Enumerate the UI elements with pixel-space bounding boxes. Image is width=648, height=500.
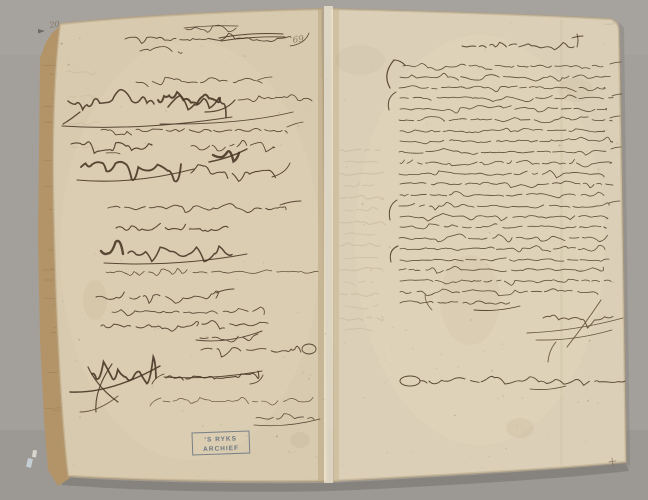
speckle: [389, 247, 390, 248]
speckle: [570, 222, 571, 223]
manuscript-scan: 20 69 'S RYKS ARCHIEF: [0, 0, 648, 500]
speckle: [209, 86, 210, 87]
speckle: [392, 327, 393, 328]
speckle: [407, 94, 408, 95]
speckle: [196, 218, 197, 219]
speckle: [406, 290, 407, 291]
speckle: [224, 21, 226, 23]
speckle: [398, 403, 399, 404]
speckle: [612, 281, 614, 283]
speckle: [324, 399, 325, 400]
speckle: [387, 452, 389, 454]
speckle: [151, 386, 153, 388]
speckle: [297, 125, 299, 127]
speckle: [479, 298, 481, 300]
speckle: [181, 410, 183, 412]
speckle: [79, 38, 80, 39]
speckle: [503, 348, 504, 349]
speckle: [603, 44, 605, 46]
stain: [506, 418, 534, 438]
speckle: [559, 145, 561, 147]
speckle: [202, 425, 204, 427]
speckle: [427, 166, 428, 167]
speckle: [489, 200, 490, 201]
speckle: [540, 327, 542, 329]
speckle: [61, 43, 63, 45]
speckle: [608, 53, 609, 54]
speckle: [488, 185, 489, 186]
speckle: [136, 86, 137, 87]
speckle: [231, 124, 232, 125]
speckle: [579, 89, 581, 91]
speckle: [371, 350, 372, 351]
speckle: [440, 353, 442, 355]
speckle: [103, 268, 104, 269]
speckle: [191, 356, 192, 357]
speckle: [309, 374, 311, 376]
speckle: [483, 350, 485, 352]
speckle: [353, 374, 354, 375]
book-spread: 20 69 'S RYKS ARCHIEF: [26, 6, 626, 486]
speckle: [384, 360, 385, 361]
speckle: [516, 425, 518, 427]
speckle: [587, 400, 589, 402]
speckle: [451, 333, 452, 334]
speckle: [616, 249, 618, 251]
folio-number-top-left: 20: [48, 19, 61, 30]
speckle: [344, 99, 345, 100]
speckle: [150, 402, 151, 403]
stain: [83, 280, 107, 320]
speckle: [302, 372, 304, 374]
speckle: [146, 335, 147, 336]
speckle: [303, 299, 304, 300]
speckle: [435, 211, 437, 213]
stain: [440, 255, 500, 345]
speckle: [141, 62, 142, 63]
speckle: [370, 269, 372, 271]
speckle: [607, 129, 609, 131]
speckle: [616, 143, 618, 145]
speckle: [154, 329, 155, 330]
speckle: [256, 212, 257, 213]
speckle: [120, 106, 122, 108]
speckle: [308, 378, 310, 380]
speckle: [607, 145, 608, 146]
speckle: [262, 150, 263, 151]
speckle: [577, 401, 579, 403]
speckle: [280, 144, 281, 145]
speckle: [384, 382, 386, 384]
speckle: [505, 205, 507, 207]
speckle: [263, 262, 264, 263]
speckle: [329, 294, 330, 295]
speckle: [402, 129, 403, 130]
speckle: [477, 186, 479, 188]
speckle: [490, 142, 491, 143]
speckle: [114, 238, 115, 239]
speckle: [354, 435, 355, 436]
stamp-line-1: 'S RYKS: [204, 435, 237, 443]
speckle: [501, 343, 503, 345]
speckle: [227, 216, 228, 217]
folio-number-left-page: 69: [292, 34, 305, 46]
speckle: [316, 456, 318, 458]
speckle: [419, 164, 420, 165]
speckle: [589, 340, 591, 342]
speckle: [588, 91, 589, 92]
speckle: [570, 164, 571, 165]
speckle: [246, 77, 247, 78]
speckle: [137, 74, 138, 75]
speckle: [107, 234, 108, 235]
speckle: [453, 93, 454, 94]
speckle: [182, 368, 183, 369]
speckle: [146, 358, 147, 359]
speckle: [530, 244, 531, 245]
speckle: [87, 88, 89, 90]
speckle: [449, 256, 450, 257]
speckle: [597, 402, 599, 404]
speckle: [341, 464, 343, 466]
speckle: [68, 64, 70, 66]
speckle: [371, 66, 372, 67]
speckle: [449, 322, 450, 323]
speckle: [454, 415, 456, 417]
speckle: [486, 264, 488, 266]
speckle: [336, 354, 337, 355]
speckle: [497, 398, 499, 400]
speckle: [278, 112, 280, 114]
speckle: [489, 232, 491, 234]
speckle: [220, 424, 222, 426]
speckle: [473, 312, 474, 313]
speckle: [484, 48, 486, 50]
speckle: [569, 140, 571, 142]
speckle: [613, 336, 614, 337]
speckle: [318, 286, 319, 287]
speckle: [469, 39, 470, 40]
speckle: [346, 166, 348, 168]
speckle: [294, 451, 296, 453]
speckle: [142, 368, 143, 369]
speckle: [436, 368, 438, 370]
stain: [335, 45, 385, 75]
speckle: [447, 160, 449, 162]
speckle: [120, 260, 122, 262]
speckle: [510, 23, 511, 24]
speckle: [137, 278, 138, 279]
speckle: [315, 85, 316, 86]
speckle: [586, 441, 587, 442]
speckle: [68, 376, 69, 377]
speckle: [137, 231, 139, 233]
speckle: [384, 352, 386, 354]
speckle: [165, 110, 166, 111]
speckle: [450, 313, 451, 314]
speckle: [485, 221, 486, 222]
stamp-line-2: ARCHIEF: [203, 445, 239, 453]
speckle: [255, 469, 256, 470]
gutter-shadow-left: [318, 8, 324, 482]
speckle: [344, 343, 346, 345]
speckle: [538, 192, 539, 193]
speckle: [79, 416, 81, 418]
speckle: [505, 448, 507, 450]
speckle: [481, 467, 483, 469]
speckle: [330, 343, 332, 345]
speckle: [368, 235, 369, 236]
speckle: [292, 346, 293, 347]
speckle: [332, 275, 333, 276]
speckle: [413, 212, 414, 213]
speckle: [276, 392, 277, 393]
speckle: [243, 261, 244, 262]
speckle: [84, 318, 85, 319]
speckle: [527, 229, 528, 230]
speckle: [256, 441, 257, 442]
speckle: [208, 99, 209, 100]
speckle: [275, 95, 277, 97]
speckle: [327, 322, 328, 323]
speckle: [201, 45, 203, 47]
speckle: [62, 301, 64, 303]
speckle: [283, 356, 285, 358]
speckle: [575, 398, 576, 399]
gutter-ridge: [324, 6, 333, 483]
speckle: [548, 437, 549, 438]
speckle: [426, 123, 428, 125]
speckle: [308, 106, 309, 107]
speckle: [231, 458, 233, 460]
speckle: [72, 464, 73, 465]
speckle: [521, 397, 523, 399]
speckle: [170, 422, 171, 423]
speckle: [364, 397, 366, 399]
speckle: [199, 475, 200, 476]
speckle: [470, 457, 471, 458]
speckle: [525, 32, 526, 33]
speckle: [190, 270, 192, 272]
speckle: [362, 203, 364, 205]
speckle: [504, 305, 505, 306]
speckle: [78, 355, 79, 356]
speckle: [94, 253, 95, 254]
speckle: [437, 204, 438, 205]
speckle: [236, 279, 238, 281]
speckle: [590, 398, 591, 399]
speckle: [500, 335, 501, 336]
speckle: [457, 366, 459, 368]
speckle: [586, 150, 587, 151]
speckle: [145, 142, 147, 144]
speckle: [390, 348, 392, 350]
speckle: [489, 456, 490, 457]
speckle: [512, 81, 513, 82]
speckle: [488, 456, 489, 457]
speckle: [610, 42, 611, 43]
speckle: [580, 269, 582, 271]
speckle: [363, 224, 365, 226]
speckle: [502, 395, 504, 397]
speckle: [245, 435, 247, 437]
speckle: [568, 463, 570, 465]
speckle: [95, 325, 96, 326]
speckle: [485, 43, 487, 45]
speckle: [206, 335, 208, 337]
speckle: [72, 100, 74, 102]
speckle: [61, 229, 62, 230]
speckle: [405, 329, 407, 331]
stain: [290, 432, 310, 448]
speckle: [198, 354, 199, 355]
speckle: [327, 79, 329, 81]
speckle: [288, 451, 290, 453]
speckle: [97, 133, 98, 134]
speckle: [76, 360, 77, 361]
speckle: [78, 339, 80, 341]
gutter-shadow-right: [333, 8, 339, 482]
speckle: [276, 435, 278, 437]
speckle: [324, 333, 326, 335]
speckle: [491, 370, 493, 372]
speckle: [224, 62, 226, 64]
speckle: [427, 232, 428, 233]
speckle: [412, 348, 414, 350]
speckle: [359, 320, 361, 322]
speckle: [412, 452, 414, 454]
speckle: [244, 55, 246, 57]
speckle: [297, 312, 299, 314]
speckle: [291, 452, 293, 454]
speckle: [597, 168, 599, 170]
speckle: [548, 160, 550, 162]
speckle: [601, 268, 603, 270]
speckle: [149, 363, 150, 364]
archive-photo: 20 69 'S RYKS ARCHIEF: [0, 0, 648, 500]
speckle: [470, 319, 472, 321]
speckle: [190, 227, 192, 229]
speckle: [500, 225, 501, 226]
speckle: [158, 328, 160, 330]
speckle: [405, 401, 406, 402]
speckle: [377, 186, 378, 187]
speckle: [366, 216, 367, 217]
